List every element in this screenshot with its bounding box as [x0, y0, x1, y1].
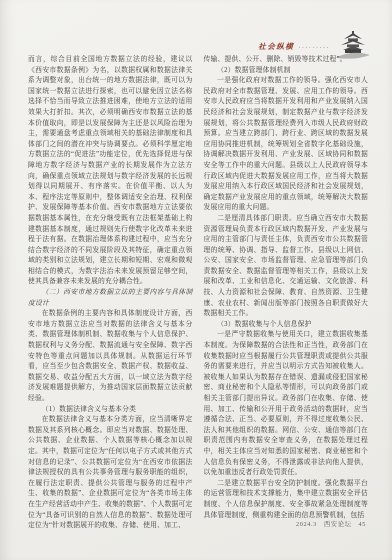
page-footer: 2024.3 西安论坛 45	[296, 519, 366, 528]
subsection-heading: （二）西安市地方数据立法的主要内容与具体制度设计	[28, 288, 193, 309]
dotted-leader: ·········	[298, 45, 330, 52]
paragraph: 在数据条例的主要内容和具体制度设计方面，西安市地方数据立法应当对数据的法律含义与…	[28, 309, 193, 404]
right-column: 传输、提供、公开、删除、销毁等技术过程”。（2）数据管理体制机制一是强化政府对数…	[204, 55, 369, 532]
section-label: 社会纵横	[258, 41, 294, 52]
paragraph: 一是强化政府对数据工作的领导。强化西安市人民政府对全市数据管理、发展、应用工作的…	[204, 76, 369, 214]
paragraph: 二是厘清具体部门职责。应当确立西安市大数据资源管理局负责本行政区域内数据开发、产…	[204, 214, 369, 320]
article-body: 而言，综合目前全国地方数据立法的经验，建议以《西安市数据条例》为名，以数据权属和…	[28, 55, 368, 532]
paragraph: 一是严守数据收集与使用关口，建立数据收集基本制度。为保障数据的合法性和正当性，政…	[204, 330, 369, 478]
paragraph: 二是建立数据平台安全防护制度。强化数据平台的运营管理和技术支撑能力，集中建立数据…	[204, 479, 369, 521]
paragraph: （2）数据管理体制机制	[204, 66, 369, 77]
paragraph: （1）数据法律含义与基本分类	[28, 405, 193, 416]
paragraph: （3）数据收集与个人信息保护	[204, 320, 369, 331]
paragraph: 在数据法律含义与基本分类方面，应当清晰界定数据及其系列核心概念。即应当对数据、数…	[28, 415, 193, 532]
paragraph: 传输、提供、公开、删除、销毁等技术过程”。	[204, 55, 369, 66]
journal-name: 西安论坛	[324, 519, 352, 528]
issue-label: 2024.3	[296, 521, 317, 528]
left-column: 而言，综合目前全国地方数据立法的经验，建议以《西安市数据条例》为名，以数据权属和…	[28, 55, 193, 532]
page-number: 45	[359, 521, 367, 528]
paragraph: 而言，综合目前全国地方数据立法的经验，建议以《西安市数据条例》为名，以数据权属和…	[28, 55, 193, 288]
journal-page: 社会纵横 ········· 而言，综合目前全国地方数据立法的经验，建议以《西安…	[0, 0, 392, 560]
